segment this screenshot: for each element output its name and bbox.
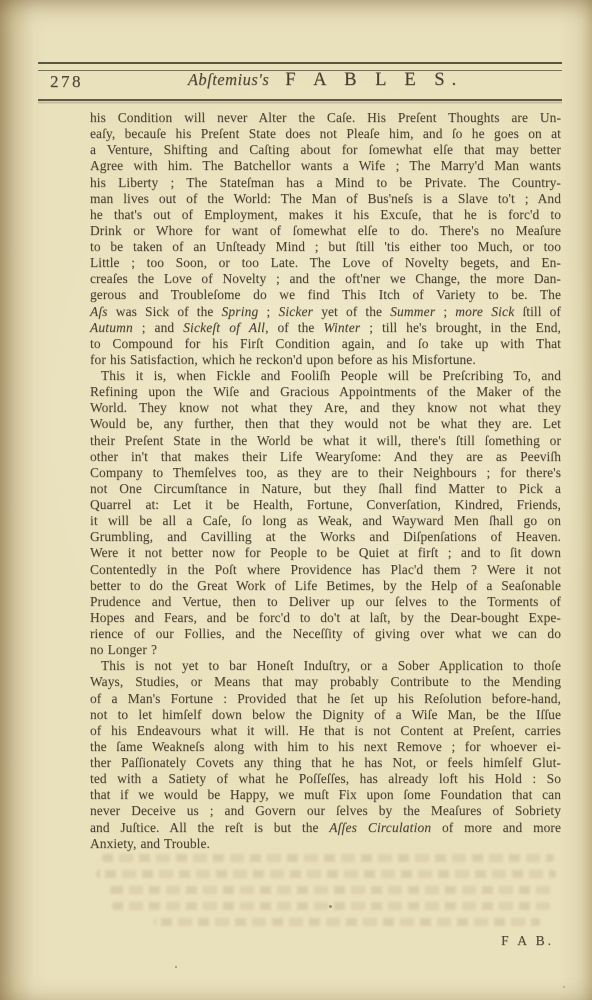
text-line: Company to Themſelves too, as they are t… [90, 465, 561, 481]
text-line: Hopes and Fears, and be forc'd to do't a… [90, 610, 561, 626]
text-line: This it is, when Fickle and Fooliſh Peop… [90, 368, 561, 384]
text-line: gerous and Troubleſome do we find This I… [90, 287, 561, 303]
text-line: Little ; too Soon, or too Late. The Love… [90, 255, 561, 271]
text-line: Prudence and Vertue, then to Deliver up … [90, 594, 561, 610]
text-line: Were it not better now for People to be … [90, 545, 561, 561]
text-line: Agree with him. The Batchellor wants a W… [90, 158, 561, 174]
text-line: to Compound for his Firſt Condition agai… [90, 336, 561, 352]
text-line: that if we would be Happy, we muſt Fix u… [90, 787, 561, 803]
text-line: a Venture, Shifting and Caſting about fo… [90, 142, 561, 158]
text-line: Contentedly in the Poſt where Providence… [90, 562, 561, 578]
text-line: Anxiety, and Trouble. [90, 836, 561, 852]
running-title: Abſtemius's F A B L E S. [90, 70, 561, 91]
text-line: eaſy, becauſe his Preſent State does not… [90, 126, 561, 142]
scanned-book-page: 278 Abſtemius's F A B L E S. his Conditi… [0, 0, 592, 1000]
text-line: to be taken of an Unſteady Mind ; but ſt… [90, 239, 561, 255]
paper-speck [563, 986, 565, 988]
text-line: Grumbling, and Cavilling at the Works an… [90, 529, 561, 545]
text-line: Aſs was Sick of the Spring ; Sicker yet … [90, 304, 561, 320]
text-line: it will be all a Caſe, ſo long as Weak, … [90, 513, 561, 529]
text-line: never Deceive us ; and Govern our ſelves… [90, 803, 561, 819]
text-line: and Juſtice. All the reſt is but the Aſſ… [90, 820, 561, 836]
running-title-fables: F A B L E S. [285, 70, 463, 90]
ghost-text-line [96, 870, 556, 878]
text-line: Would be, any further, then that they wo… [90, 416, 561, 432]
text-line: ted with a Satiety of what he Poſſeſſes,… [90, 771, 561, 787]
body-text: his Condition will never Alter the Caſe.… [90, 110, 561, 852]
text-line: Refining upon the Wiſe and Gracious Appo… [90, 384, 561, 400]
text-line: ther Paſſionately Covets any thing that … [90, 755, 561, 771]
paragraph: his Condition will never Alter the Caſe.… [90, 110, 561, 368]
text-line: the ſame Weakneſs along with him to his … [90, 739, 561, 755]
text-line: World. They know not what they Are, and … [90, 400, 561, 416]
running-title-author: Abſtemius's [188, 70, 269, 89]
text-line: other in't that makes their Life Wearyſo… [90, 449, 561, 465]
header-rule-bottom [38, 99, 562, 101]
text-line: This is not yet to bar Honeſt Induſtry, … [90, 658, 561, 674]
text-line: Quarrel at: Let it be Health, Fortune, C… [90, 497, 561, 513]
text-line: he that's out of Employment, makes it hi… [90, 207, 561, 223]
text-line: his Liberty ; The Stateſman has a Mind t… [90, 175, 561, 191]
text-line: not One Circumſtance in Nature, but they… [90, 481, 561, 497]
paragraph: This it is, when Fickle and Fooliſh Peop… [90, 368, 561, 658]
page-show-through-ghost-text [96, 854, 556, 934]
paper-speck [329, 905, 332, 908]
text-line: creaſes the Love of Novelty ; and the of… [90, 271, 561, 287]
text-line: man lives out of the World: The Man of B… [90, 191, 561, 207]
text-line: of his Endeavours what it will. He that … [90, 723, 561, 739]
page-number: 278 [50, 72, 83, 92]
text-line: Autumn ; and Sickeſt of All, of the Wint… [90, 320, 561, 336]
text-line: of a Man's Fortune : Provided that he ſe… [90, 691, 561, 707]
catchword: F A B. [501, 933, 554, 949]
text-line: not to let himſelf down below the Dignit… [90, 707, 561, 723]
paragraph: This is not yet to bar Honeſt Induſtry, … [90, 658, 561, 852]
text-line: better to do the Great Work of Life Beti… [90, 578, 561, 594]
ghost-text-line [102, 854, 554, 862]
paper-speck [175, 966, 177, 968]
text-line: no Longer ? [90, 642, 561, 658]
text-line: for his Satisfaction, which he reckon'd … [90, 352, 561, 368]
text-line: Ways, Studies, or Means that may probabl… [90, 674, 561, 690]
text-line: his Condition will never Alter the Caſe.… [90, 110, 561, 126]
text-line: rience of our Follies, and the Neceſſity… [90, 626, 561, 642]
text-line: Drink or Whore for want of ſomewhat elſe… [90, 223, 561, 239]
ghost-text-line [108, 886, 554, 894]
ghost-text-line [154, 918, 540, 926]
text-line: their Preſent State in the World be what… [90, 433, 561, 449]
